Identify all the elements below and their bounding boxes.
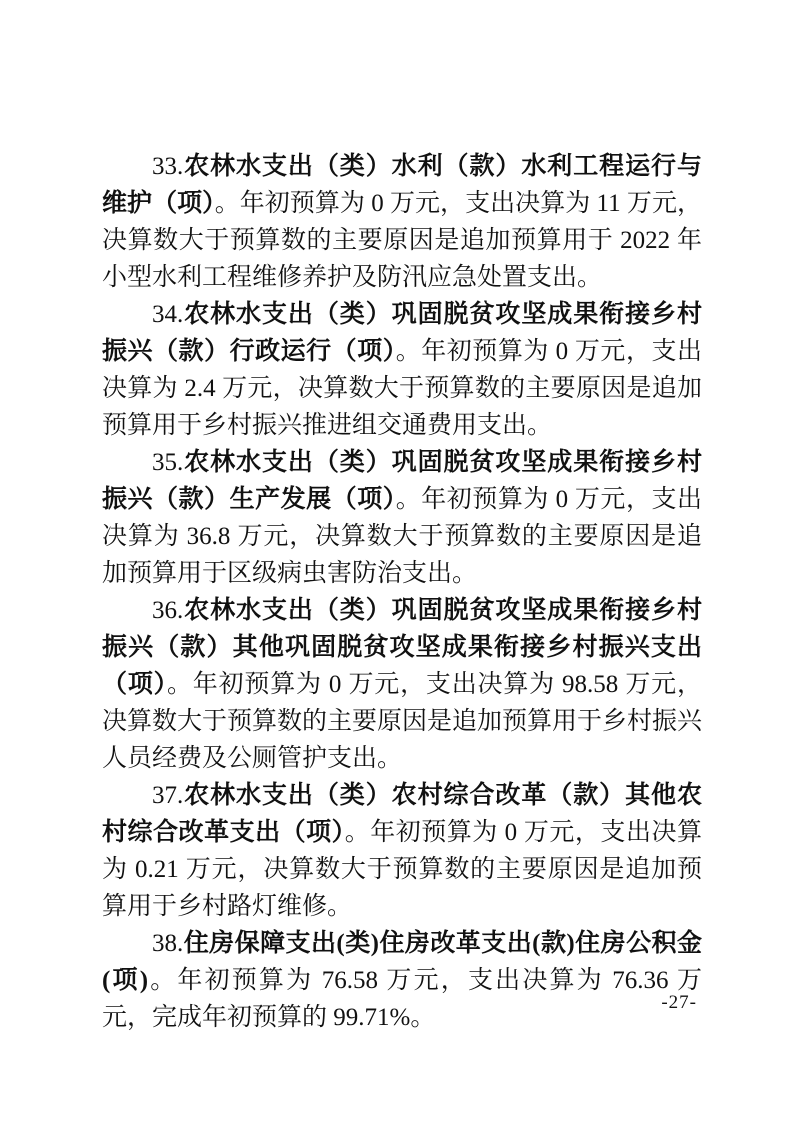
paragraph-number: 33. [152,153,183,180]
document-page: 33.农林水支出（类）水利（款）水利工程运行与维护（项）。年初预算为 0 万元，… [0,0,793,1122]
paragraph-38: 38.住房保障支出(类)住房改革支出(款)住房公积金(项)。年初预算为 76.5… [102,925,702,1036]
page-number: -27- [661,992,697,1014]
paragraph-number: 35. [152,449,183,476]
paragraph-35: 35.农林水支出（类）巩固脱贫攻坚成果衔接乡村振兴（款）生产发展（项）。年初预算… [102,444,702,592]
document-body: 33.农林水支出（类）水利（款）水利工程运行与维护（项）。年初预算为 0 万元，… [102,148,702,1036]
paragraph-number: 38. [152,930,183,957]
paragraph-37: 37.农林水支出（类）农村综合改革（款）其他农村综合改革支出（项）。年初预算为 … [102,777,702,925]
paragraph-33: 33.农林水支出（类）水利（款）水利工程运行与维护（项）。年初预算为 0 万元，… [102,148,702,296]
budget-item-text: 。年初预算为 0 万元，支出决算为 98.58 万元，决算数大于预算数的主要原因… [102,671,702,772]
budget-item-text: 。年初预算为 76.58 万元，支出决算为 76.36 万元，完成年初预算的 9… [102,967,702,1031]
paragraph-number: 34. [152,301,183,328]
paragraph-number: 37. [152,782,183,809]
paragraph-number: 36. [152,597,183,624]
paragraph-36: 36.农林水支出（类）巩固脱贫攻坚成果衔接乡村振兴（款）其他巩固脱贫攻坚成果衔接… [102,592,702,777]
paragraph-34: 34.农林水支出（类）巩固脱贫攻坚成果衔接乡村振兴（款）行政运行（项）。年初预算… [102,296,702,444]
